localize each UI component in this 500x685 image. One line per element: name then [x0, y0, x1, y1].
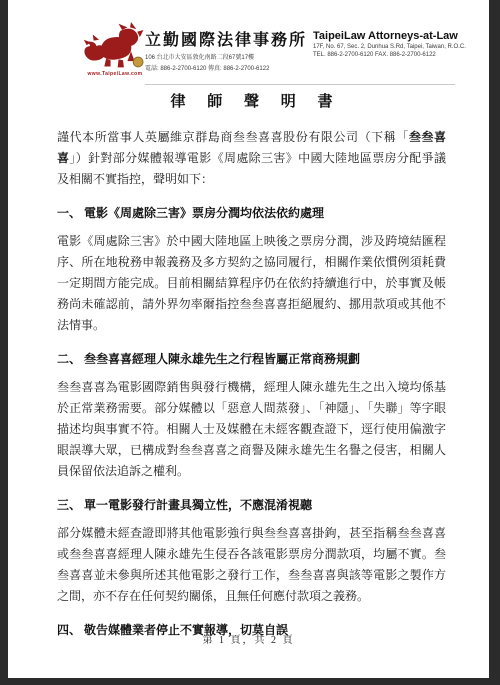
lion-dance-icon — [81, 22, 149, 70]
firm-website: www.TaipeiLaw.com — [76, 71, 154, 77]
firm-name-zh: 立勤國際法律事務所 — [145, 27, 313, 50]
firm-name-en: TaipeiLaw Attorneys-at-Law — [313, 30, 463, 42]
viewer-background: www.TaipeiLaw.com 立勤國際法律事務所 106 台北市大安區敦化… — [0, 0, 500, 685]
statement-body: 律 師 聲 明 書 謹代本所當事人英屬維京群島商叁叁喜喜股份有限公司（下稱「叁叁… — [57, 90, 446, 648]
document-page: www.TaipeiLaw.com 立勤國際法律事務所 106 台北市大安區敦化… — [8, 0, 489, 678]
document-title: 律 師 聲 明 書 — [57, 90, 446, 111]
section-1-body: 電影《周處除三害》於中國大陸地區上映後之票房分潤，涉及跨境結匯程序、所在地稅務申… — [57, 231, 446, 336]
section-2-heading: 二、 叁叁喜喜經理人陳永雄先生之行程皆屬正常商務規劃 — [57, 349, 446, 370]
section-3-body: 部分媒體未經查證即將其他電影強行與叁叁喜喜掛鉤，甚至指稱叁叁喜喜或叁叁喜喜經理人… — [57, 523, 446, 607]
section-3-heading: 三、 單一電影發行計畫具獨立性，不應混淆視聽 — [57, 495, 446, 516]
firm-address-zh: 106 台北市大安區敦化南路二段67號17樓 — [145, 52, 313, 61]
section-1-heading: 一、 電影《周處除三害》票房分潤均依法依約處理 — [57, 203, 446, 224]
header-divider — [145, 84, 455, 85]
letterhead-english-block: TaipeiLaw Attorneys-at-Law 17F, No. 67, … — [313, 30, 463, 58]
section-2-body: 叁叁喜喜為電影國際銷售與發行機構，經理人陳永雄先生之出入境均係基於正常業務需要。… — [57, 377, 446, 482]
firm-address-en: 17F, No. 67, Sec. 2, Dunhua S.Rd, Taipei… — [313, 44, 463, 50]
firm-phone-en: TEL. 886-2-2700-6120 FAX. 886-2-2700-612… — [313, 52, 463, 58]
firm-logo: www.TaipeiLaw.com — [76, 22, 154, 77]
intro-text-after: 」）針對部分媒體報導電影《周處除三害》中國大陸地區票房分配爭議及相關不實指控，聲… — [57, 151, 446, 186]
letterhead-chinese-block: 立勤國際法律事務所 106 台北市大安區敦化南路二段67號17樓 電話: 886… — [145, 27, 313, 72]
intro-paragraph: 謹代本所當事人英屬維京群島商叁叁喜喜股份有限公司（下稱「叁叁喜喜」）針對部分媒體… — [57, 127, 446, 190]
firm-phone-zh: 電話: 886-2-2700-6120 傳真: 886-2-2700-6122 — [145, 63, 313, 72]
page-number: 第 1 頁，共 2 頁 — [8, 631, 489, 646]
intro-text-before: 謹代本所當事人英屬維京群島商叁叁喜喜股份有限公司（下稱「 — [57, 130, 409, 144]
